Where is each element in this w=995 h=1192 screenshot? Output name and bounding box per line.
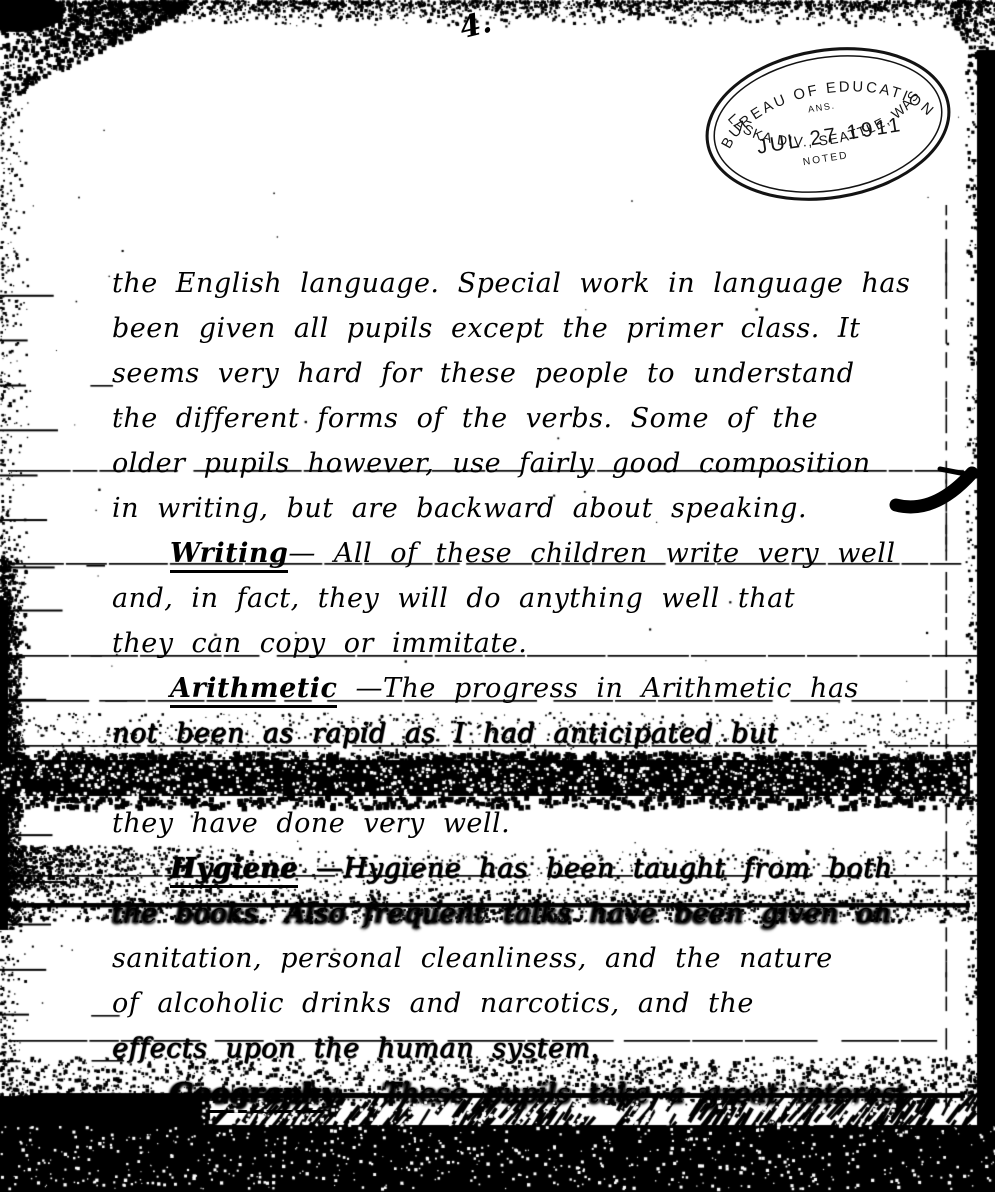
handwriting-block: the English language. Special work in la… (112, 268, 957, 1168)
handwritten-line: Writing— All of these children write ver… (112, 538, 957, 583)
handwritten-line: they have done very well. (112, 808, 957, 853)
section-heading: Arithmetic (170, 673, 337, 708)
handwritten-line: Arithmetic —The progress in Arithmetic h… (112, 673, 957, 718)
ink-check-mark (882, 455, 986, 527)
stamp-noted-text: NOTED (802, 150, 849, 168)
ink-stroke (896, 473, 972, 507)
illegible-line (112, 763, 957, 808)
handwritten-line: not been as rapid as I had anticipated b… (112, 718, 957, 763)
handwritten-line: Geography— These pupils take a great int… (112, 1078, 957, 1123)
handwritten-line: in writing, but are backward about speak… (112, 493, 957, 538)
line-text: — These pupils take a great interest (338, 1078, 908, 1109)
section-heading: Hygiene (170, 853, 298, 888)
handwritten-line: the different forms of the verbs. Some o… (112, 403, 957, 448)
stamp-ans-text: ANS. (807, 100, 836, 114)
handwritten-line: sanitation, personal cleanliness, and th… (112, 943, 957, 988)
handwritten-line: effects upon the human system. (112, 1033, 957, 1078)
scanned-document-page: 4. BUREAU OF EDUCATION ANS. JUL 27 1911 … (0, 0, 995, 1192)
handwritten-line: the books. Also frequent talks have been… (112, 898, 957, 943)
handwritten-line: been given all pupils except the primer … (112, 313, 957, 358)
section-heading: Writing (170, 538, 288, 573)
handwritten-line: older pupils however, use fairly good co… (112, 448, 957, 493)
handwritten-line: the English language. Special work in la… (112, 268, 957, 313)
handwritten-line: and, in fact, they will do anything well… (112, 583, 957, 628)
section-heading: Geography (170, 1078, 338, 1113)
illegible-line (112, 1123, 957, 1168)
line-text: — All of these children write very well (288, 538, 895, 569)
line-text: —Hygiene has been taught from both (298, 853, 892, 884)
bureau-of-education-stamp: BUREAU OF EDUCATION ANS. JUL 27 1911 NOT… (689, 23, 968, 225)
line-text: —The progress in Arithmetic has (337, 673, 858, 704)
handwritten-line: seems very hard for these people to unde… (112, 358, 957, 403)
handwritten-line: they can copy or immitate. (112, 628, 957, 673)
handwritten-line: of alcoholic drinks and narcotics, and t… (112, 988, 957, 1033)
page-number: 4. (456, 5, 495, 47)
handwritten-line: Hygiene —Hygiene has been taught from bo… (112, 853, 957, 898)
